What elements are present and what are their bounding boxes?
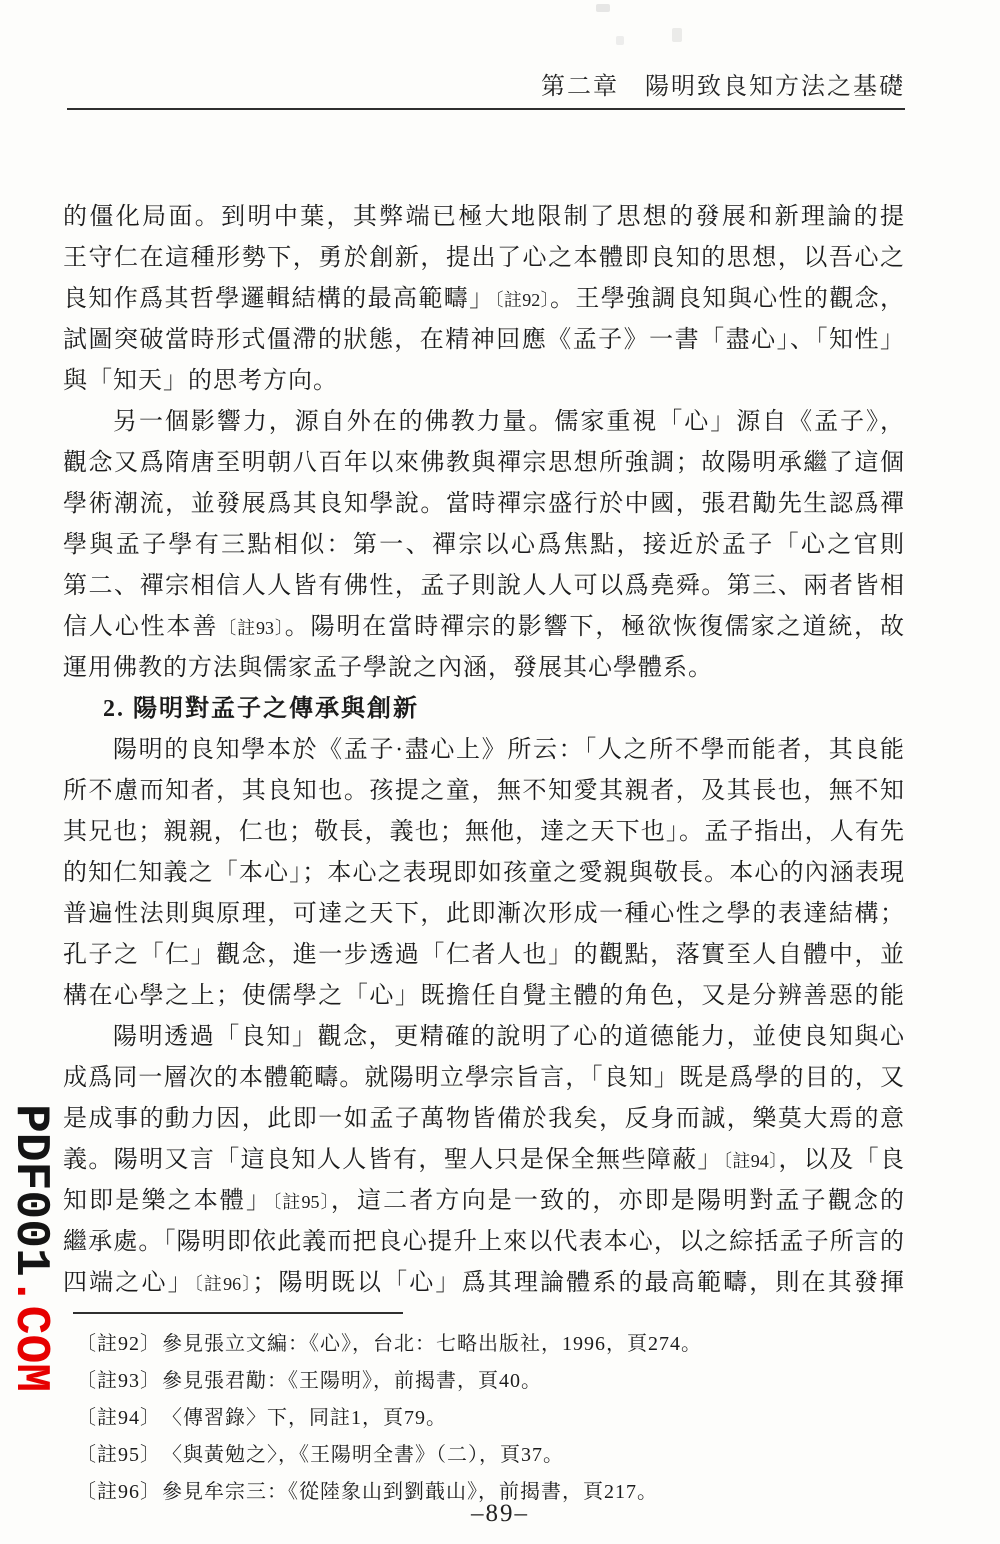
- footnote: 〔註94〕〈傳習錄〉下，同註1，頁79。: [76, 1400, 906, 1437]
- watermark-text-red: .COM: [3, 1277, 57, 1392]
- inline-footnote-ref: 〔註94〕: [723, 1151, 779, 1171]
- body-line: 觀念又爲隋唐至明朝八百年以來佛教與禪宗思想所強調；故陽明承繼了這個: [63, 443, 905, 484]
- inline-footnote-ref: 〔註96〕: [194, 1274, 253, 1294]
- footnote: 〔註92〕參見張立文編：《心》，台北：七略出版社，1996，頁274。: [76, 1326, 906, 1363]
- body-line: 知即是樂之本體」〔註95〕，這二者方向是一致的，亦即是陽明對孟子觀念的: [63, 1181, 905, 1222]
- body-line: 良知作爲其哲學邏輯結構的最高範疇」〔註92〕。王學強調良知與心性的觀念，: [63, 279, 905, 320]
- body-line: 四端之心」〔註96〕；陽明既以「心」爲其理論體系的最高範疇，則在其發揮: [63, 1263, 905, 1304]
- footnote-text: 〈與黃勉之〉，《王陽明全書》（二），頁37。: [162, 1437, 906, 1474]
- footnote-text: 〈傳習錄〉下，同註1，頁79。: [162, 1400, 906, 1437]
- scan-speck: [596, 4, 610, 12]
- body-line: 試圖突破當時形式僵滯的狀態，在精神回應《孟子》一書「盡心」、「知性」: [63, 320, 905, 361]
- body-line: 信人心性本善〔註93〕。陽明在當時禪宗的影響下，極欲恢復儒家之道統，故: [63, 607, 905, 648]
- page-number: –89–: [0, 1500, 1000, 1528]
- scan-speck: [616, 36, 624, 45]
- chapter-title: 陽明致良知方法之基礎: [645, 74, 905, 100]
- scanned-book-page: PDF001.COM 第二章陽明致良知方法之基礎 的僵化局面。到明中葉，其弊端已…: [0, 0, 1000, 1544]
- body-line: 構在心學之上；使儒學之「心」既擔任自覺主體的角色，又是分辨善惡的能力。: [63, 976, 905, 1017]
- footnote-text: 參見張君勱：《王陽明》，前揭書，頁40。: [162, 1363, 906, 1400]
- body-line: 義。陽明又言「這良知人人皆有，聖人只是保全無些障蔽」〔註94〕，以及「良: [63, 1140, 905, 1181]
- body-line: 學術潮流，並發展爲其良知學說。當時禪宗盛行於中國，張君勱先生認爲禪: [63, 484, 905, 525]
- body-text: 的僵化局面。到明中葉，其弊端已極大地限制了思想的發展和新理論的提出， 王守仁在這…: [63, 197, 905, 1304]
- chapter-label: 第二章: [541, 74, 619, 100]
- footnote: 〔註95〕〈與黃勉之〉，《王陽明全書》（二），頁37。: [76, 1437, 906, 1474]
- body-line: 王守仁在這種形勢下，勇於創新，提出了心之本體即良知的思想，以吾心之: [63, 238, 905, 279]
- body-line: 成爲同一層次的本體範疇。就陽明立學宗旨言，「良知」既是爲學的目的，又: [63, 1058, 905, 1099]
- section-heading: 2. 陽明對孟子之傳承與創新: [63, 689, 905, 730]
- footnote-label: 〔註95〕: [76, 1437, 162, 1474]
- footnote-text: 參見張立文編：《心》，台北：七略出版社，1996，頁274。: [162, 1326, 906, 1363]
- body-line: 繼承處。「陽明即依此義而把良心提升上來以代表本心，以之綜括孟子所言的: [63, 1222, 905, 1263]
- body-line: 其兄也；親親，仁也；敬長，義也；無他，達之天下也」。孟子指出，人有先天: [63, 812, 905, 853]
- inline-footnote-ref: 〔註92〕: [495, 290, 551, 310]
- footnote-label: 〔註92〕: [76, 1326, 162, 1363]
- footnote-label: 〔註93〕: [76, 1363, 162, 1400]
- footnote: 〔註93〕參見張君勱：《王陽明》，前揭書，頁40。: [76, 1363, 906, 1400]
- running-header: 第二章陽明致良知方法之基礎: [63, 66, 905, 101]
- body-line: 的僵化局面。到明中葉，其弊端已極大地限制了思想的發展和新理論的提出，: [63, 197, 905, 238]
- body-line: 所不慮而知者，其良知也。孩提之童，無不知愛其親者，及其長也，無不知敬: [63, 771, 905, 812]
- inline-footnote-ref: 〔註93〕: [218, 618, 285, 638]
- body-line: 陽明透過「良知」觀念，更精確的說明了心的道德能力，並使良知與心: [63, 1017, 905, 1058]
- body-line: 第二、禪宗相信人人皆有佛性，孟子則說人人可以爲堯舜。第三、兩者皆相: [63, 566, 905, 607]
- header-rule: [67, 108, 905, 110]
- body-line: 學與孟子學有三點相似：第一、禪宗以心爲焦點，接近於孟子「心之官則思」。: [63, 525, 905, 566]
- watermark-text-black: PDF001: [3, 1104, 57, 1277]
- footnotes: 〔註92〕參見張立文編：《心》，台北：七略出版社，1996，頁274。 〔註93…: [76, 1326, 906, 1511]
- body-line: 陽明的良知學本於《孟子·盡心上》所云：「人之所不學而能者，其良能也，: [63, 730, 905, 771]
- inline-footnote-ref: 〔註95〕: [272, 1192, 331, 1212]
- body-line: 孔子之「仁」觀念，進一步透過「仁者人也」的觀點，落實至人自體中，並建: [63, 935, 905, 976]
- body-line: 的知仁知義之「本心」；本心之表現即如孩童之愛親與敬長。本心的內涵表現爲: [63, 853, 905, 894]
- body-line: 是成事的動力因，此即一如孟子萬物皆備於我矣，反身而誠，樂莫大焉的意: [63, 1099, 905, 1140]
- footnote-label: 〔註94〕: [76, 1400, 162, 1437]
- body-line: 普遍性法則與原理，可達之天下，此即漸次形成一種心性之學的表達結構；使: [63, 894, 905, 935]
- footnote-separator: [73, 1312, 403, 1314]
- body-line: 與「知天」的思考方向。: [63, 361, 905, 402]
- body-line: 另一個影響力，源自外在的佛教力量。儒家重視「心」源自《孟子》，「心」: [63, 402, 905, 443]
- watermark: PDF001.COM: [6, 1104, 54, 1392]
- body-line: 運用佛教的方法與儒家孟子學說之內涵，發展其心學體系。: [63, 648, 905, 689]
- scan-speck: [672, 28, 682, 42]
